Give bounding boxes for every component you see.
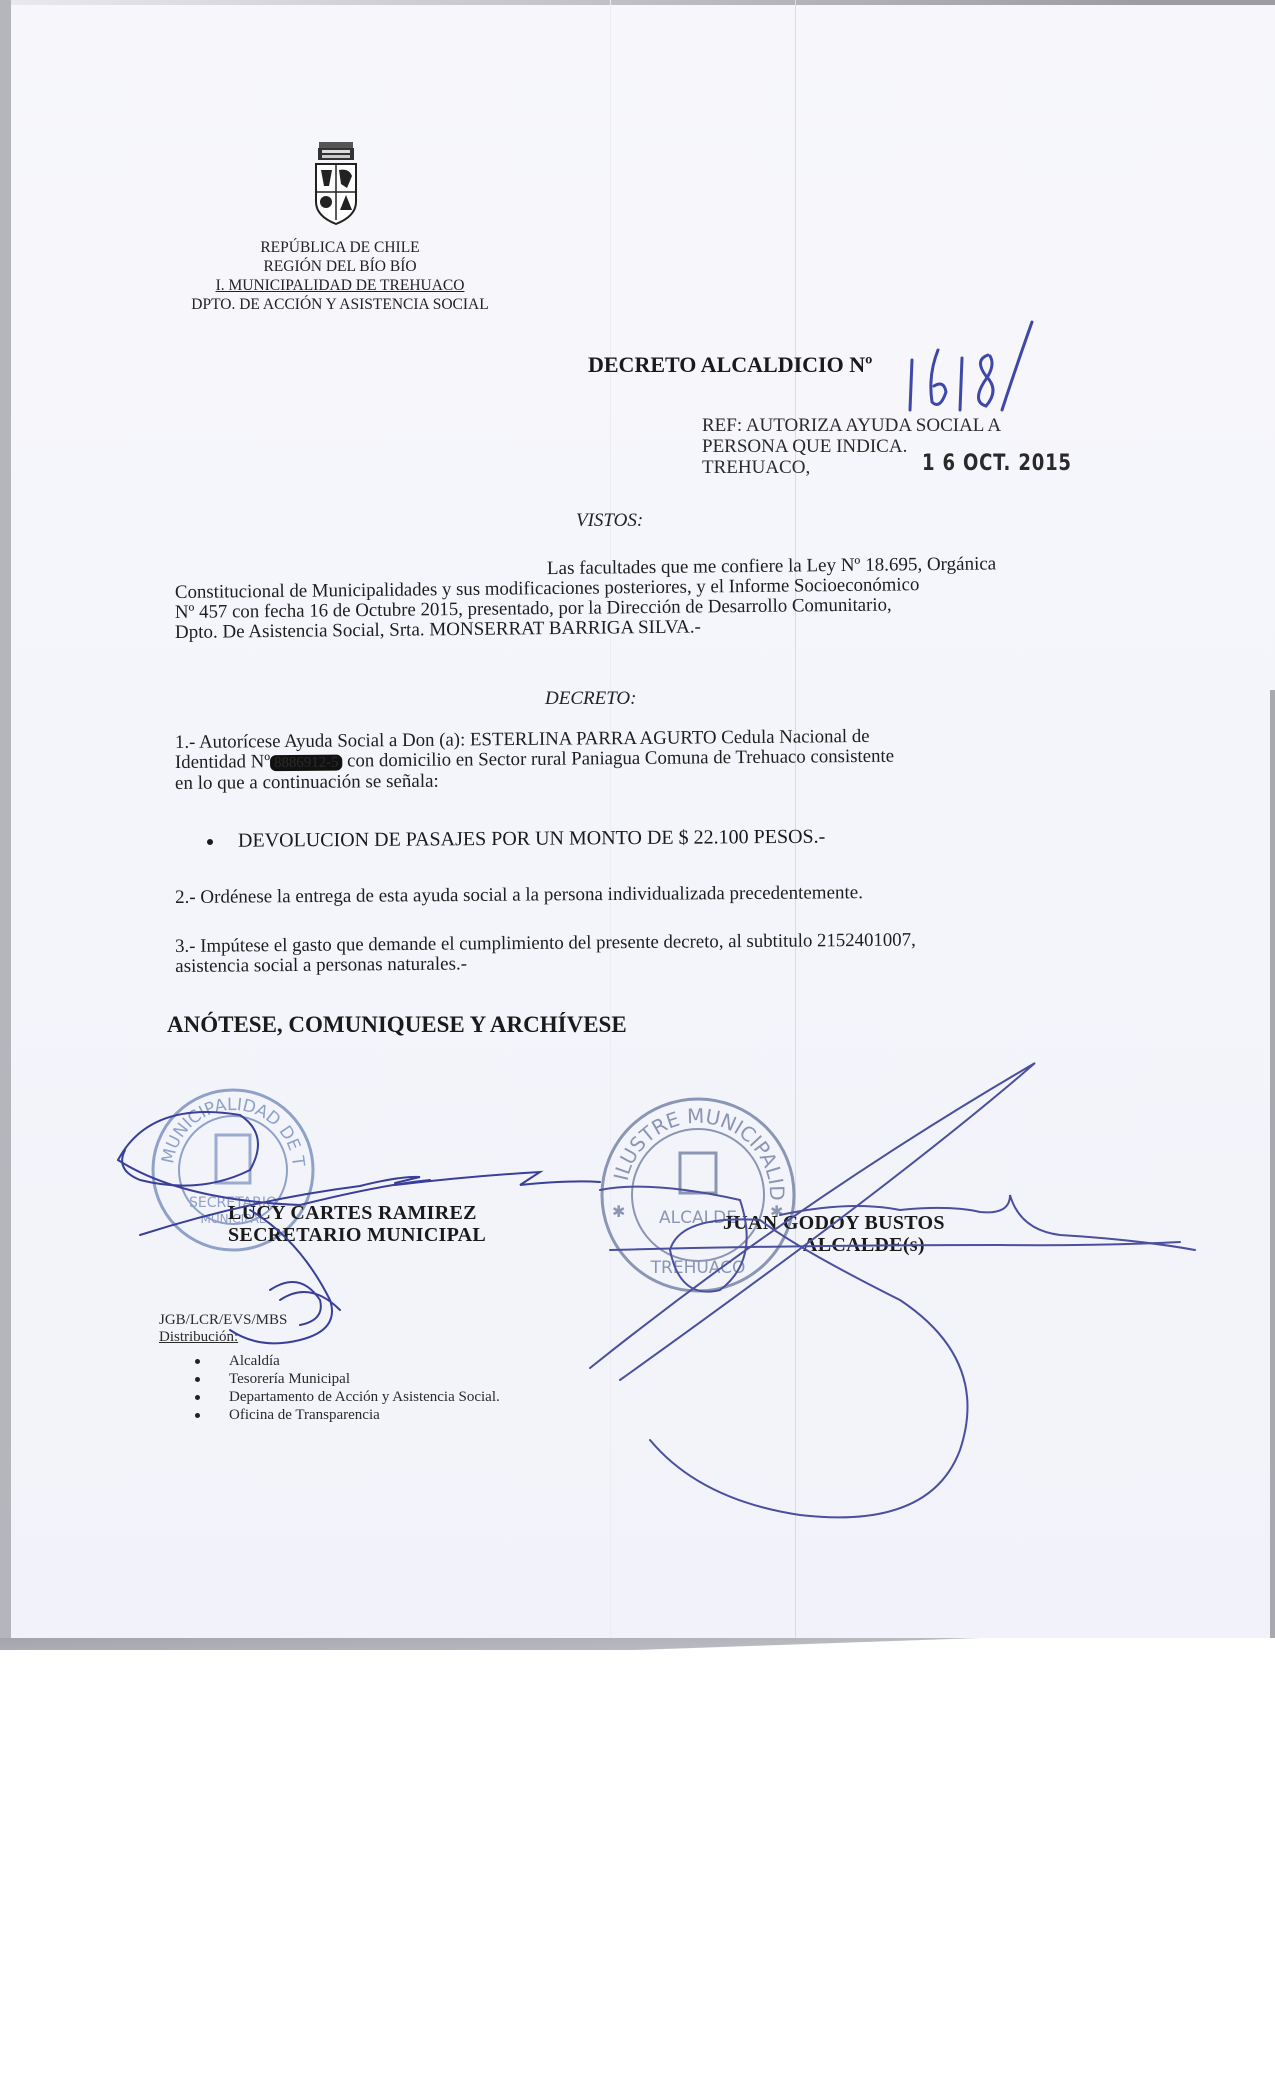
svg-text:MUNICIPALIDAD DE TREHUACO: MUNICIPALIDAD DE TREHUACO: [148, 1085, 308, 1168]
svg-text:TREHUACO: TREHUACO: [650, 1258, 746, 1278]
redacted-id-number: 8886912-5: [270, 755, 342, 772]
letterhead-country: REPÚBLICA DE CHILE: [170, 238, 510, 257]
letterhead-municipality: I. MUNICIPALIDAD DE TREHUACO: [170, 276, 510, 295]
letterhead: REPÚBLICA DE CHILE REGIÓN DEL BÍO BÍO I.…: [170, 238, 510, 314]
letterhead-region: REGIÓN DEL BÍO BÍO: [170, 257, 510, 276]
decreto-item-3: 3.- Impútese el gasto que demande el cum…: [175, 929, 1075, 977]
decreto-item-1: 1.- Autorícese Ayuda Social a Don (a): E…: [175, 733, 1075, 794]
mayor-signature-block: JUAN GODOY BUSTOS ALCALDE(s): [723, 1212, 945, 1256]
distribution-label: Distribución:: [159, 1329, 287, 1346]
secretary-name: LUCY CARTES RAMIREZ: [228, 1202, 486, 1224]
vistos-paragraph: Las facultades que me confiere la Ley Nº…: [175, 563, 1075, 643]
scanned-page: REPÚBLICA DE CHILE REGIÓN DEL BÍO BÍO I.…: [0, 0, 1275, 1650]
decree-title: DECRETO ALCALDICIO Nº: [588, 352, 872, 378]
item2-line: 2.- Ordénese la entrega de esta ayuda so…: [175, 882, 1075, 908]
footer-references: JGB/LCR/EVS/MBS Distribución:: [159, 1312, 287, 1346]
distribution-item: Oficina de Transparencia: [195, 1406, 500, 1424]
decreto-heading: DECRETO:: [545, 688, 636, 710]
bullet-icon: [207, 839, 213, 845]
mayor-role: ALCALDE(s): [723, 1234, 945, 1256]
id-label: Identidad Nº: [175, 751, 270, 773]
scan-edge-bottom: [0, 1638, 1275, 1650]
fold-line: [610, 0, 611, 1650]
aid-description: DEVOLUCION DE PASAJES POR UN MONTO DE $ …: [238, 826, 825, 852]
scan-edge-top: [11, 0, 1275, 5]
distribution-list: Alcaldía Tesorería Municipal Departament…: [195, 1352, 500, 1424]
svg-text:✱: ✱: [612, 1204, 625, 1221]
svg-text:ILUSTRE MUNICIPALIDAD: ILUSTRE MUNICIPALIDAD: [598, 1095, 789, 1201]
distribution-item: Departamento de Acción y Asistencia Soci…: [195, 1388, 500, 1406]
letterhead-department: DPTO. DE ACCIÓN Y ASISTENCIA SOCIAL: [170, 295, 510, 314]
vistos-heading: VISTOS:: [576, 510, 643, 532]
secretary-role: SECRETARIO MUNICIPAL: [228, 1224, 486, 1246]
distribution-item: Tesorería Municipal: [195, 1370, 500, 1388]
ref-line: REF: AUTORIZA AYUDA SOCIAL A: [702, 415, 1001, 436]
secretary-signature-block: LUCY CARTES RAMIREZ SECRETARIO MUNICIPAL: [228, 1202, 486, 1246]
aid-bullet: DEVOLUCION DE PASAJES POR UN MONTO DE $ …: [207, 826, 825, 853]
date-stamp: 1 6 OCT. 2015: [922, 451, 1072, 476]
decreto-item-2: 2.- Ordénese la entrega de esta ayuda so…: [175, 882, 1075, 908]
scan-edge-left: [0, 0, 11, 1650]
mayor-name: JUAN GODOY BUSTOS: [723, 1212, 945, 1234]
initials: JGB/LCR/EVS/MBS: [159, 1312, 287, 1329]
handwritten-decree-number: [900, 320, 1060, 420]
scan-edge-right: [1270, 690, 1275, 1650]
mayor-seal-stamp: ILUSTRE MUNICIPALIDAD ALCALDE TREHUACO ✱…: [598, 1095, 798, 1295]
closing-formula: ANÓTESE, COMUNIQUESE Y ARCHÍVESE: [167, 1012, 627, 1038]
distribution-item: Alcaldía: [195, 1352, 500, 1370]
coat-of-arms-icon: [313, 140, 359, 226]
